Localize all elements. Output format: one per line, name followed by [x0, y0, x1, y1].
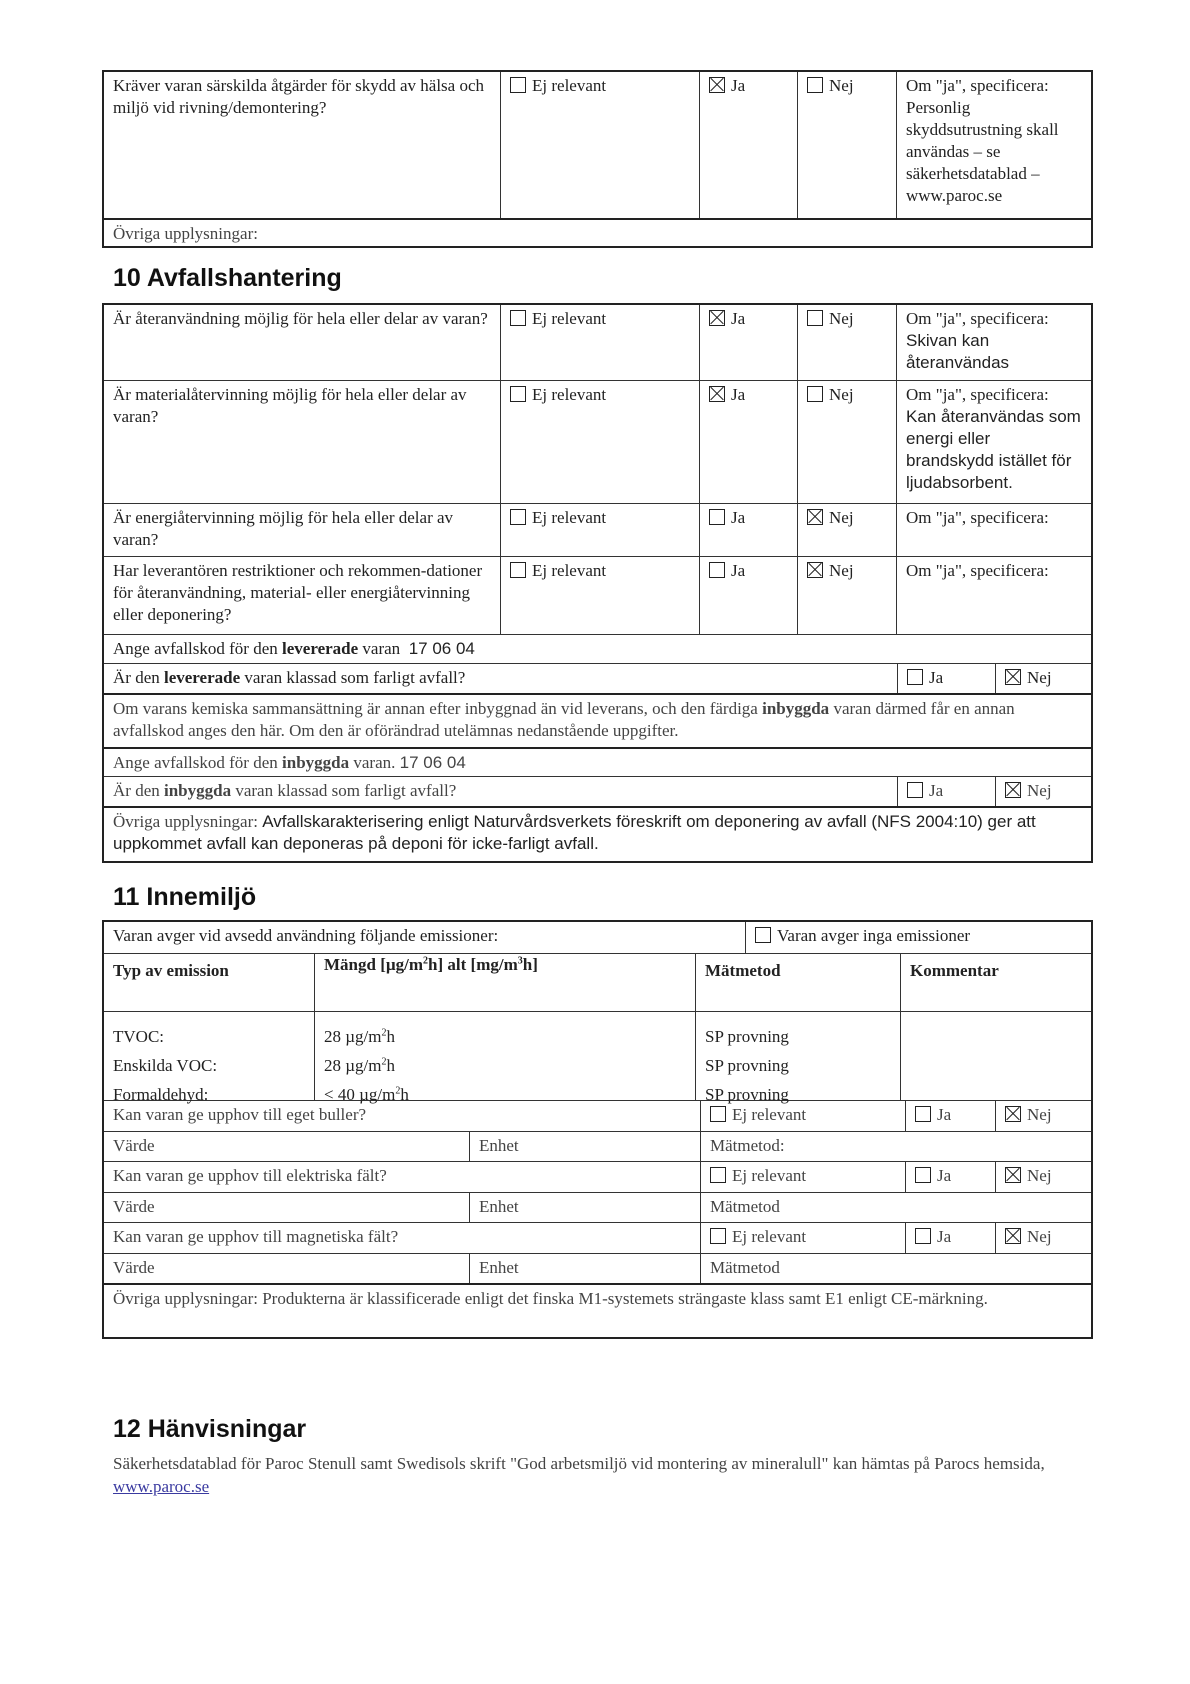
- col-type: Typ av emission: [104, 954, 314, 1011]
- specify-label: Om "ja", specificera:: [906, 75, 1082, 97]
- option-ja[interactable]: Ja: [897, 777, 995, 806]
- specify-label: Om "ja", specificera:: [906, 560, 1082, 582]
- option-ej-relevant[interactable]: Ej relevant: [500, 305, 699, 380]
- option-ej-relevant[interactable]: Ej relevant: [500, 72, 699, 218]
- emissions-header-row: Varan avger vid avsedd användning följan…: [104, 922, 1091, 953]
- option-ja[interactable]: Ja: [699, 557, 797, 634]
- emission-type: TVOC:: [113, 1022, 305, 1051]
- other-info: Övriga upplysningar: Produkterna är klas…: [104, 1285, 1091, 1337]
- magnetic-field-row: Kan varan ge upphov till magnetiska fält…: [104, 1222, 1091, 1253]
- emissions-data-row: TVOC: Enskilda VOC: Formaldehyd: 28 µg/m…: [104, 1011, 1091, 1100]
- question: Är materialåtervinning möjlig för hela e…: [104, 381, 500, 503]
- checkbox-checked-icon[interactable]: [1005, 1167, 1021, 1183]
- specify-cell: Om "ja", specificera:: [896, 504, 1091, 556]
- section10-table: Är återanvändning möjlig för hela eller …: [102, 303, 1093, 863]
- specify-cell: Om "ja", specificera:Kan återanvändas so…: [896, 381, 1091, 503]
- col-amount: Mängd [µg/m2h] alt [mg/m3h]: [314, 954, 695, 1011]
- method-field[interactable]: Mätmetod: [700, 1193, 1091, 1222]
- checkbox-icon[interactable]: [709, 562, 725, 578]
- value-field[interactable]: Värde: [104, 1132, 469, 1161]
- other-info-row: Övriga upplysningar: Avfallskarakteriser…: [104, 806, 1091, 861]
- option-ja[interactable]: Ja: [699, 504, 797, 556]
- built-hazard-question: Är den inbyggda varan klassad som farlig…: [104, 777, 897, 806]
- other-info-label: Övriga upplysningar:: [104, 220, 1091, 246]
- delivered-code-row: Ange avfallskod för den levererade varan…: [104, 634, 1091, 663]
- option-ja[interactable]: Ja: [905, 1223, 995, 1253]
- emission-types: TVOC: Enskilda VOC: Formaldehyd:: [104, 1012, 314, 1100]
- col-comment: Kommentar: [900, 954, 1091, 1011]
- value-field[interactable]: Värde: [104, 1254, 469, 1283]
- option-nej[interactable]: Nej: [995, 777, 1091, 806]
- checkbox-icon[interactable]: [710, 1228, 726, 1244]
- material-recycling-row: Är materialåtervinning möjlig för hela e…: [104, 380, 1091, 503]
- option-ja[interactable]: Ja: [905, 1101, 995, 1131]
- unit-field[interactable]: Enhet: [469, 1132, 700, 1161]
- option-ja[interactable]: Ja: [699, 381, 797, 503]
- method-field[interactable]: Mätmetod:: [700, 1132, 1091, 1161]
- energy-recycling-row: Är energiåtervinning möjlig för hela ell…: [104, 503, 1091, 556]
- specify-label: Om "ja", specificera:: [906, 384, 1082, 406]
- section-heading: 12 Hänvisningar: [113, 1415, 306, 1444]
- option-ja[interactable]: Ja: [905, 1162, 995, 1192]
- option-nej[interactable]: Nej: [995, 1162, 1091, 1192]
- checkbox-checked-icon[interactable]: [709, 77, 725, 93]
- checkbox-checked-icon[interactable]: [709, 386, 725, 402]
- emission-method: SP provning: [705, 1051, 891, 1080]
- checkbox-icon[interactable]: [807, 310, 823, 326]
- option-ej-relevant[interactable]: Ej relevant: [700, 1162, 905, 1192]
- question: Kan varan ge upphov till eget buller?: [104, 1101, 700, 1131]
- restrictions-row: Har leverantören restriktioner och rekom…: [104, 556, 1091, 634]
- emits-label: Varan avger vid avsedd användning följan…: [104, 922, 745, 953]
- option-ja[interactable]: Ja: [897, 664, 995, 693]
- option-ej-relevant[interactable]: Ej relevant: [700, 1223, 905, 1253]
- checkbox-icon[interactable]: [755, 927, 771, 943]
- delivered-code: Ange avfallskod för den levererade varan…: [104, 635, 1091, 663]
- checkbox-checked-icon[interactable]: [1005, 1106, 1021, 1122]
- emission-amount: 28 µg/m2h: [324, 1022, 686, 1051]
- unit-field[interactable]: Enhet: [469, 1254, 700, 1283]
- option-nej[interactable]: Nej: [797, 305, 896, 380]
- option-nej[interactable]: Nej: [995, 1101, 1091, 1131]
- question: Kan varan ge upphov till magnetiska fält…: [104, 1223, 700, 1253]
- section-heading: 10 Avfallshantering: [113, 264, 342, 293]
- checkbox-checked-icon[interactable]: [807, 562, 823, 578]
- method-field[interactable]: Mätmetod: [700, 1254, 1091, 1283]
- waste-code: 17 06 04: [409, 639, 475, 658]
- checkbox-checked-icon[interactable]: [807, 509, 823, 525]
- option-ja[interactable]: Ja: [699, 72, 797, 218]
- note-row: Om varans kemiska sammansättning är anna…: [104, 693, 1091, 747]
- question: Är energiåtervinning möjlig för hela ell…: [104, 504, 500, 556]
- value-field[interactable]: Värde: [104, 1193, 469, 1222]
- specify-value: Skivan kan återanvändas: [906, 330, 1082, 374]
- checkbox-icon[interactable]: [710, 1167, 726, 1183]
- emission-amounts: 28 µg/m2h 28 µg/m2h < 40 µg/m2h: [314, 1012, 695, 1100]
- checkbox-icon[interactable]: [510, 386, 526, 402]
- built-code: Ange avfallskod för den inbyggda varan. …: [104, 749, 1091, 776]
- checkbox-checked-icon[interactable]: [1005, 1228, 1021, 1244]
- option-ej-relevant[interactable]: Ej relevant: [500, 557, 699, 634]
- option-nej[interactable]: Nej: [995, 664, 1091, 693]
- checkbox-checked-icon[interactable]: [1005, 782, 1021, 798]
- checkbox-icon[interactable]: [907, 782, 923, 798]
- section-heading: 11 Innemiljö: [113, 883, 256, 912]
- section9-table: Kräver varan särskilda åtgärder för skyd…: [102, 70, 1093, 248]
- references-paragraph: Säkerhetsdatablad för Paroc Stenull samt…: [113, 1452, 1093, 1498]
- checkbox-icon[interactable]: [710, 1106, 726, 1122]
- specify-cell: Om "ja", specificera:: [896, 557, 1091, 634]
- checkbox-icon[interactable]: [510, 509, 526, 525]
- emission-amount: 28 µg/m2h: [324, 1051, 686, 1080]
- emission-comment: [900, 1012, 1091, 1100]
- checkbox-icon[interactable]: [510, 77, 526, 93]
- emission-type: Enskilda VOC:: [113, 1051, 305, 1080]
- magnetic-values-row: Värde Enhet Mätmetod: [104, 1253, 1091, 1283]
- other-info: Övriga upplysningar: Avfallskarakteriser…: [104, 808, 1091, 861]
- checkbox-icon[interactable]: [907, 669, 923, 685]
- option-nej[interactable]: Nej: [797, 381, 896, 503]
- electric-values-row: Värde Enhet Mätmetod: [104, 1192, 1091, 1222]
- other-info-row: Övriga upplysningar: Produkterna är klas…: [104, 1283, 1091, 1337]
- specify-value: Kan återanvändas som energi eller brands…: [906, 406, 1082, 494]
- col-method: Mätmetod: [695, 954, 900, 1011]
- unit-field[interactable]: Enhet: [469, 1193, 700, 1222]
- built-hazard-row: Är den inbyggda varan klassad som farlig…: [104, 776, 1091, 806]
- option-ej-relevant[interactable]: Ej relevant: [700, 1101, 905, 1131]
- specify-cell: Om "ja", specificera:Skivan kan återanvä…: [896, 305, 1091, 380]
- no-emissions-option[interactable]: Varan avger inga emissioner: [745, 922, 1091, 953]
- section11-table: Varan avger vid avsedd användning följan…: [102, 920, 1093, 1339]
- reuse-row: Är återanvändning möjlig för hela eller …: [104, 305, 1091, 380]
- delivered-hazard-row: Är den levererade varan klassad som farl…: [104, 663, 1091, 693]
- column-header-row: Typ av emission Mängd [µg/m2h] alt [mg/m…: [104, 953, 1091, 1011]
- option-ej-relevant[interactable]: Ej relevant: [500, 381, 699, 503]
- emission-method: SP provning: [705, 1022, 891, 1051]
- question: Kräver varan särskilda åtgärder för skyd…: [104, 72, 500, 218]
- checkbox-checked-icon[interactable]: [1005, 669, 1021, 685]
- checkbox-icon[interactable]: [915, 1228, 931, 1244]
- option-ej-relevant[interactable]: Ej relevant: [500, 504, 699, 556]
- paroc-link[interactable]: www.paroc.se: [113, 1477, 209, 1496]
- specify-label: Om "ja", specificera:: [906, 308, 1082, 330]
- noise-values-row: Värde Enhet Mätmetod:: [104, 1131, 1091, 1161]
- note: Om varans kemiska sammansättning är anna…: [104, 695, 1091, 747]
- checkbox-icon[interactable]: [915, 1106, 931, 1122]
- other-info-row: Övriga upplysningar:: [104, 218, 1091, 246]
- option-nej[interactable]: Nej: [995, 1223, 1091, 1253]
- built-code-row: Ange avfallskod för den inbyggda varan. …: [104, 747, 1091, 776]
- checkbox-icon[interactable]: [807, 386, 823, 402]
- option-ja[interactable]: Ja: [699, 305, 797, 380]
- emission-methods: SP provning SP provning SP provning: [695, 1012, 900, 1100]
- checkbox-icon[interactable]: [510, 562, 526, 578]
- waste-code: 17 06 04: [400, 753, 466, 772]
- question: Är återanvändning möjlig för hela eller …: [104, 305, 500, 380]
- question: Har leverantören restriktioner och rekom…: [104, 557, 500, 634]
- option-nej[interactable]: Nej: [797, 557, 896, 634]
- checkbox-checked-icon[interactable]: [709, 310, 725, 326]
- delivered-hazard-question: Är den levererade varan klassad som farl…: [104, 664, 897, 693]
- noise-row: Kan varan ge upphov till eget buller? Ej…: [104, 1100, 1091, 1131]
- checkbox-icon[interactable]: [510, 310, 526, 326]
- amount-header: Mängd [µg/m2h] alt [mg/m3h]: [324, 955, 538, 974]
- demolition-row: Kräver varan särskilda åtgärder för skyd…: [104, 72, 1091, 218]
- question: Kan varan ge upphov till elektriska fält…: [104, 1162, 700, 1192]
- specify-value: Personlig skyddsutrustning skall använda…: [906, 97, 1082, 207]
- option-nej[interactable]: Nej: [797, 72, 896, 218]
- electric-field-row: Kan varan ge upphov till elektriska fält…: [104, 1161, 1091, 1192]
- option-nej[interactable]: Nej: [797, 504, 896, 556]
- checkbox-icon[interactable]: [807, 77, 823, 93]
- checkbox-icon[interactable]: [915, 1167, 931, 1183]
- specify-cell: Om "ja", specificera: Personlig skyddsut…: [896, 72, 1091, 218]
- specify-label: Om "ja", specificera:: [906, 507, 1082, 529]
- checkbox-icon[interactable]: [709, 509, 725, 525]
